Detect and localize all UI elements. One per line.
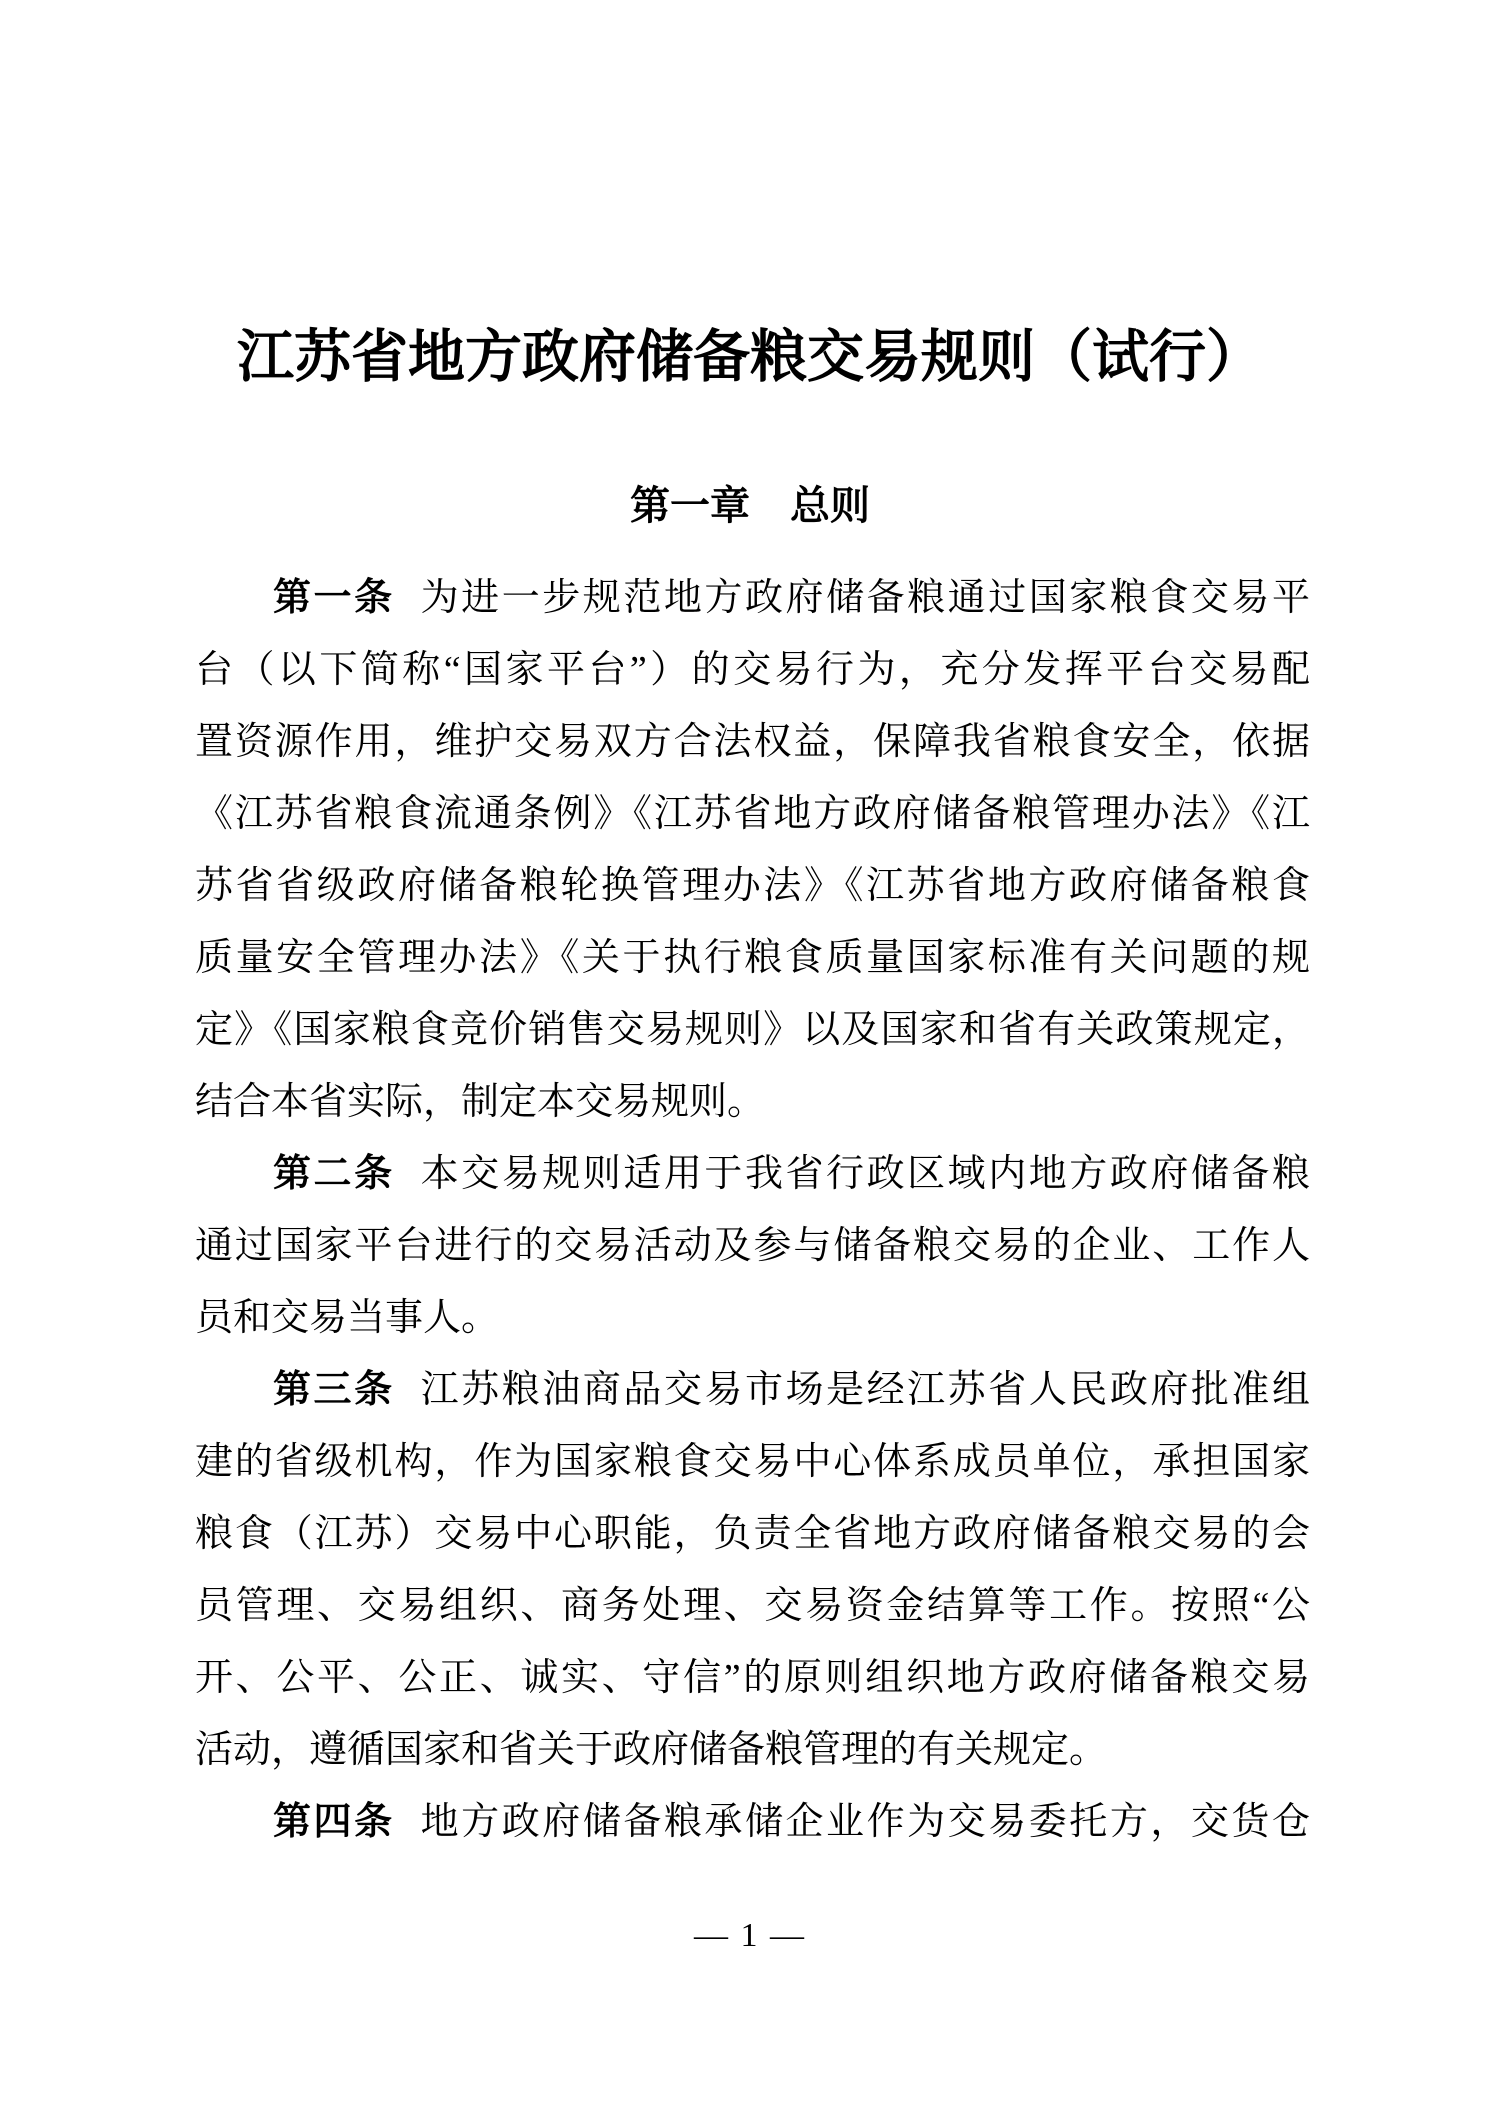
article-number-label: 第三条 — [273, 1369, 395, 1411]
body-line: 台（以下简称“国家平台”）的交易行为，充分发挥平台交易配 — [195, 634, 1310, 706]
article-number-label: 第四条 — [273, 1801, 395, 1843]
page-footer: — 1 — — [0, 1912, 1500, 1960]
body-line: 苏省省级政府储备粮轮换管理办法》《江苏省地方政府储备粮食 — [195, 850, 1310, 922]
body-line: 《江苏省粮食流通条例》《江苏省地方政府储备粮管理办法》《江 — [195, 778, 1310, 850]
body-line: 开、公平、公正、诚实、守信”的原则组织地方政府储备粮交易 — [195, 1642, 1310, 1714]
document-title: 江苏省地方政府储备粮交易规则（试行） — [0, 322, 1500, 394]
page-number: — 1 — — [694, 1917, 806, 1954]
body-line: 结合本省实际，制定本交易规则。 — [195, 1066, 1310, 1138]
body-line: 通过国家平台进行的交易活动及参与储备粮交易的企业、工作人 — [195, 1210, 1310, 1282]
body-line: 第四条地方政府储备粮承储企业作为交易委托方，交货仓 — [195, 1786, 1310, 1858]
body-line: 第二条本交易规则适用于我省行政区域内地方政府储备粮 — [195, 1138, 1310, 1210]
body-line: 活动，遵循国家和省关于政府储备粮管理的有关规定。 — [195, 1714, 1310, 1786]
article-number-label: 第二条 — [273, 1153, 395, 1195]
body-line: 第一条为进一步规范地方政府储备粮通过国家粮食交易平 — [195, 562, 1310, 634]
body-line: 粮食（江苏）交易中心职能，负责全省地方政府储备粮交易的会 — [195, 1498, 1310, 1570]
body-line: 定》《国家粮食竞价销售交易规则》以及国家和省有关政策规定， — [195, 994, 1310, 1066]
body-line: 建的省级机构，作为国家粮食交易中心体系成员单位，承担国家 — [195, 1426, 1310, 1498]
body-line: 员和交易当事人。 — [195, 1282, 1310, 1354]
document-body: 第一条为进一步规范地方政府储备粮通过国家粮食交易平台（以下简称“国家平台”）的交… — [195, 562, 1310, 1858]
body-line: 员管理、交易组织、商务处理、交易资金结算等工作。按照“公 — [195, 1570, 1310, 1642]
chapter-heading: 第一章 总则 — [0, 478, 1500, 534]
article-number-label: 第一条 — [273, 577, 395, 619]
document-page: 江苏省地方政府储备粮交易规则（试行） 第一章 总则 第一条为进一步规范地方政府储… — [0, 0, 1500, 2121]
body-line: 第三条江苏粮油商品交易市场是经江苏省人民政府批准组 — [195, 1354, 1310, 1426]
body-line: 置资源作用，维护交易双方合法权益，保障我省粮食安全，依据 — [195, 706, 1310, 778]
body-line: 质量安全管理办法》《关于执行粮食质量国家标准有关问题的规 — [195, 922, 1310, 994]
